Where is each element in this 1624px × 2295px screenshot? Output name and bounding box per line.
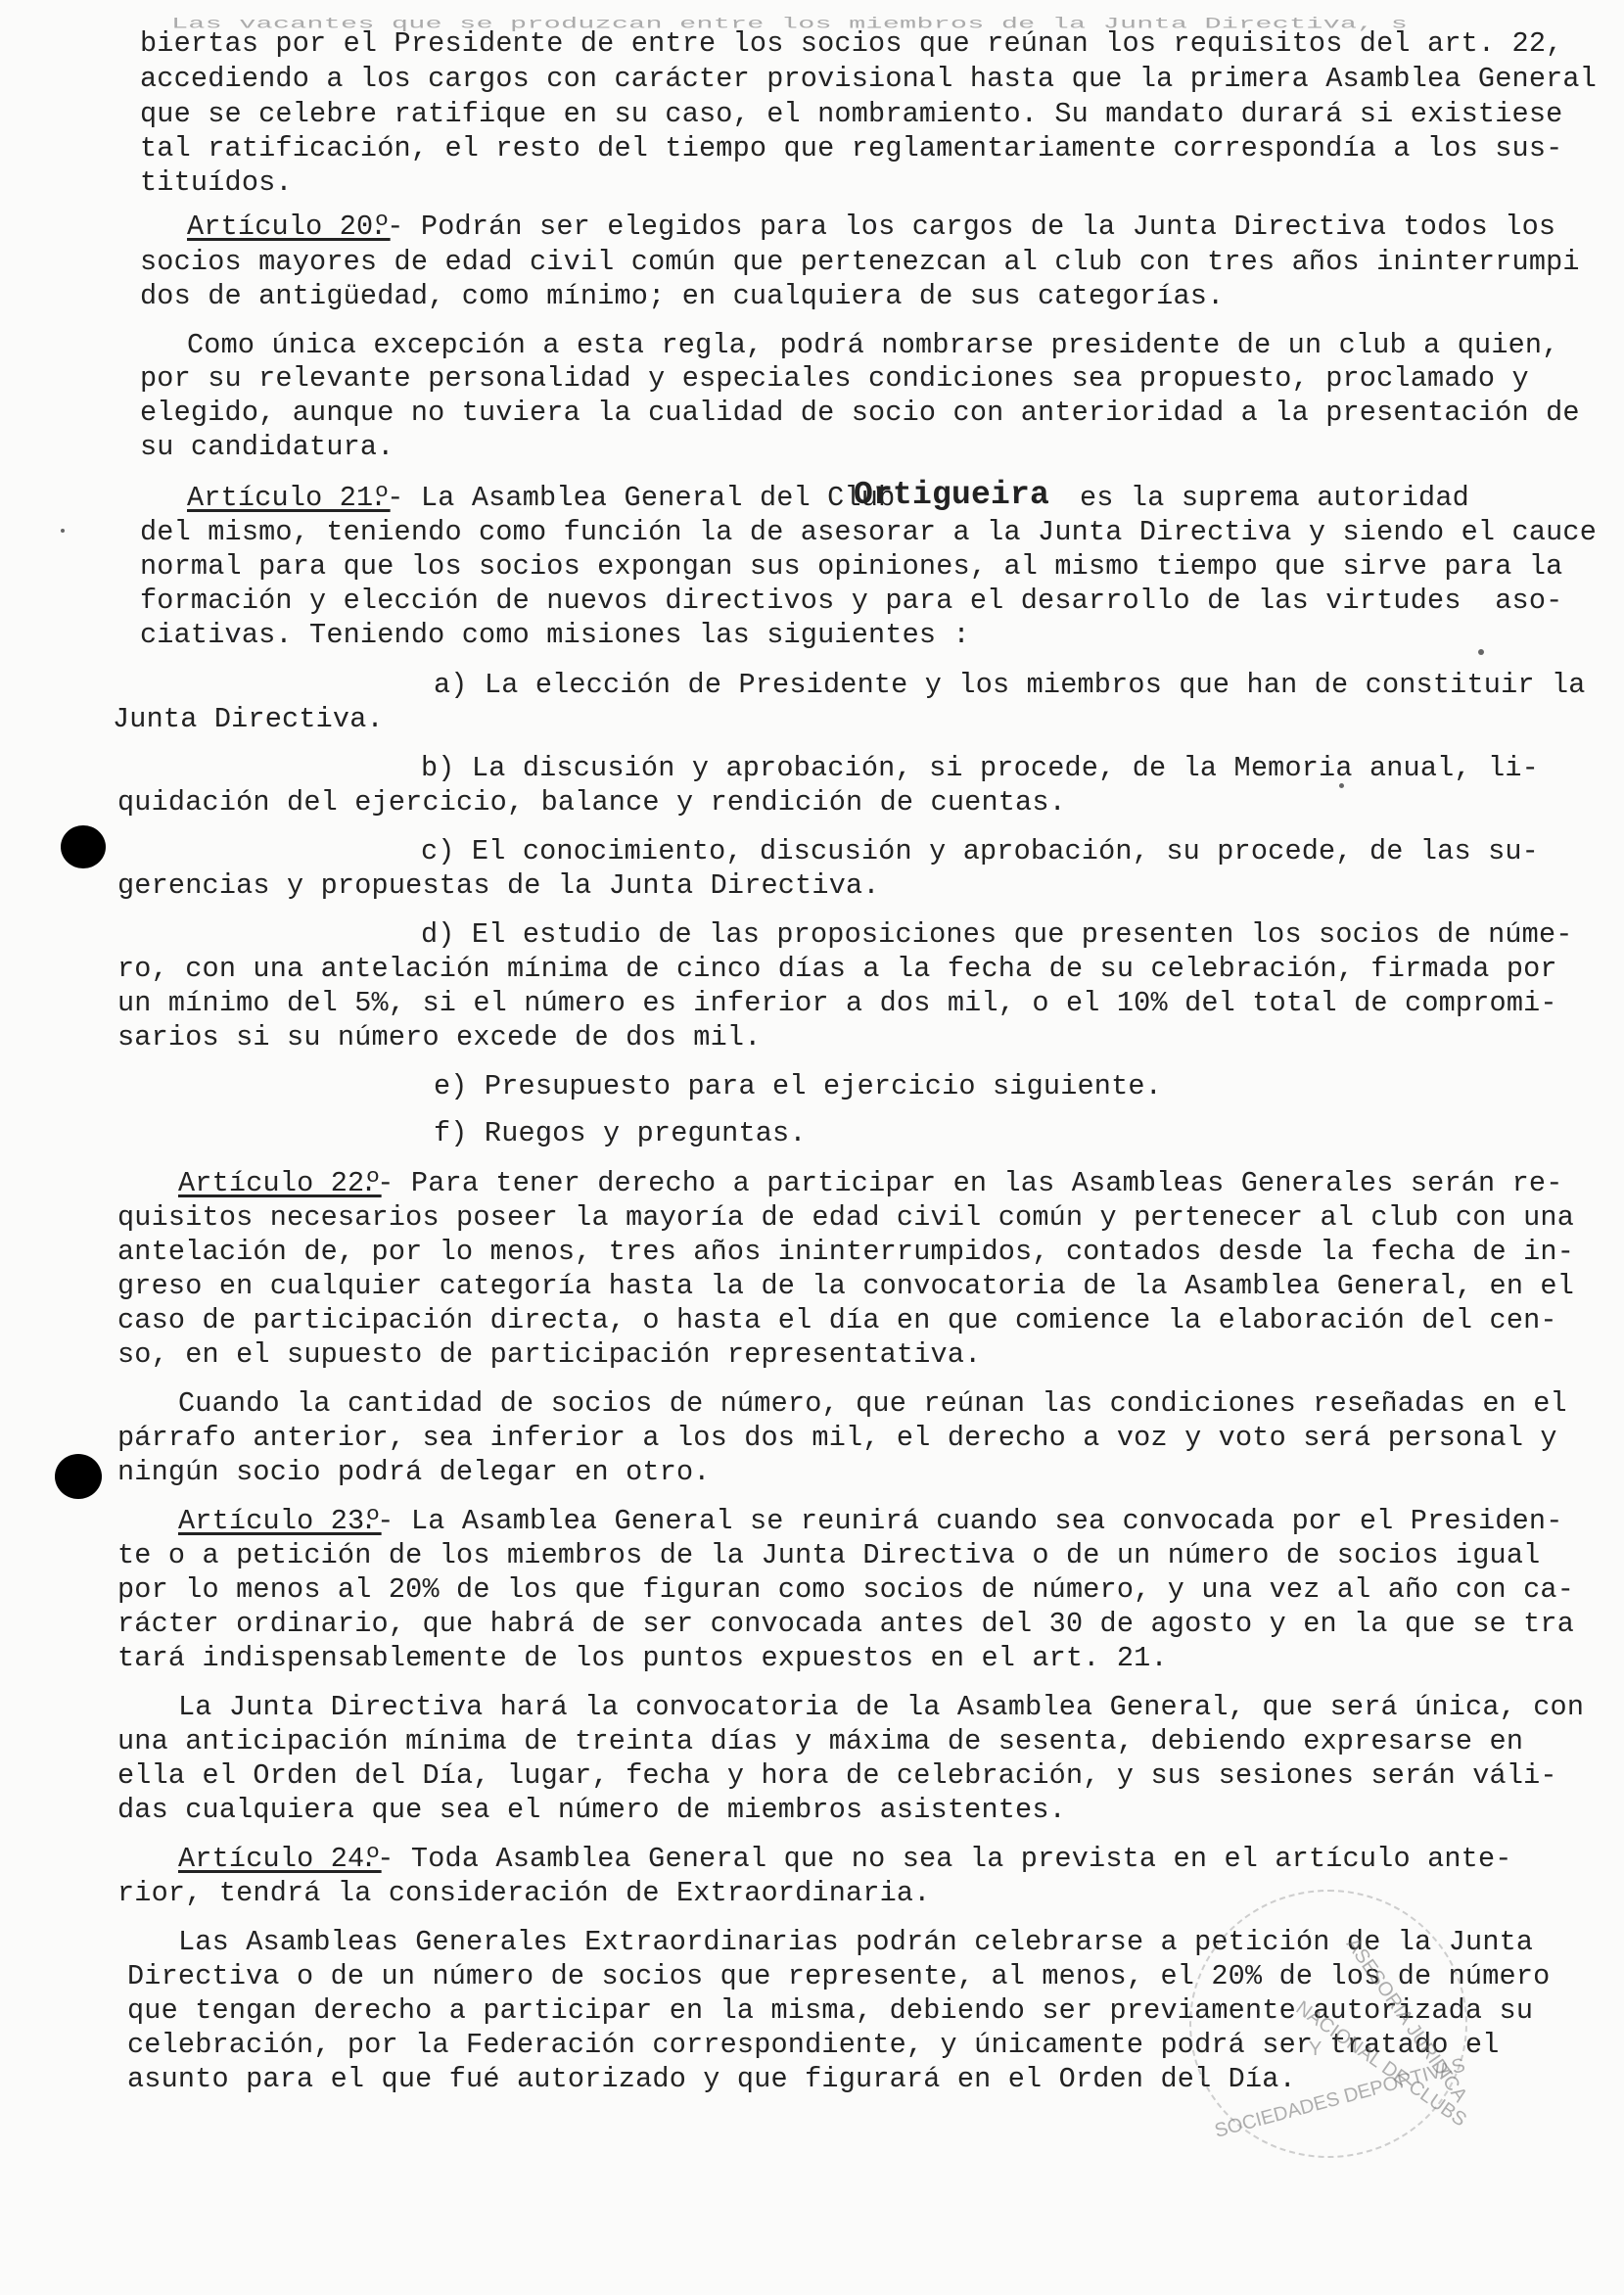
article-heading: Artículo 22º xyxy=(178,1167,382,1200)
mission-item-line: sarios si su número excede de dos mil. xyxy=(117,1021,762,1054)
article-text-line: Cuando la cantidad de socios de número, … xyxy=(178,1387,1567,1421)
article-heading: Artículo 21º xyxy=(187,482,391,515)
article-text-line: .- Para tener derecho a participar en la… xyxy=(360,1167,1563,1200)
mission-item-line: Junta Directiva. xyxy=(113,703,384,736)
article-text-line: te o a petición de los miembros de la Ju… xyxy=(117,1539,1540,1572)
scan-speck xyxy=(61,529,65,533)
mission-item-line: b) La discusión y aprobación, si procede… xyxy=(421,752,1539,785)
article-text-line: es la suprema autoridad xyxy=(1080,482,1469,515)
article-heading: Artículo 23º xyxy=(178,1505,382,1538)
text-line: que se celebre ratifique en su caso, el … xyxy=(140,98,1562,131)
article-text-line: párrafo anterior, sea inferior a los dos… xyxy=(117,1422,1557,1455)
mission-item-line: e) Presupuesto para el ejercicio siguien… xyxy=(434,1070,1162,1103)
punch-hole-bottom xyxy=(55,1454,102,1499)
article-text-line: ella el Orden del Día, lugar, fecha y ho… xyxy=(117,1759,1557,1793)
article-text-line: formación y elección de nuevos directivo… xyxy=(140,585,1562,618)
scan-speck xyxy=(1478,649,1484,655)
article-text-line: rácter ordinario, que habrá de ser convo… xyxy=(117,1608,1574,1641)
article-text-line: .- Toda Asamblea General que no sea la p… xyxy=(360,1843,1512,1876)
mission-item-line: quidación del ejercicio, balance y rendi… xyxy=(117,786,1066,820)
mission-item-line: d) El estudio de las proposiciones que p… xyxy=(421,918,1573,952)
article-text-line: una anticipación mínima de treinta días … xyxy=(117,1725,1523,1758)
article-text-line: antelación de, por lo menos, tres años i… xyxy=(117,1236,1574,1269)
article-text-line: elegido, aunque no tuviera la cualidad d… xyxy=(140,397,1580,430)
article-text-line: por su relevante personalidad y especial… xyxy=(140,362,1529,396)
article-text-line: .- La Asamblea General del Club xyxy=(370,482,912,515)
article-heading: Artículo 24º xyxy=(178,1843,382,1876)
article-text-line: caso de participación directa, o hasta e… xyxy=(117,1304,1557,1337)
article-text-line: su candidatura. xyxy=(140,431,394,464)
article-heading: Artículo 20º xyxy=(187,211,391,244)
mission-item-line: gerencias y propuestas de la Junta Direc… xyxy=(117,869,880,903)
scan-speck xyxy=(1339,783,1344,788)
text-line: biertas por el Presidente de entre los s… xyxy=(140,27,1562,61)
mission-item-line: ro, con una antelación mínima de cinco d… xyxy=(117,953,1557,986)
article-text-line: dos de antigüedad, como mínimo; en cualq… xyxy=(140,280,1224,313)
mission-item-line: un mínimo del 5%, si el número es inferi… xyxy=(117,987,1557,1020)
article-text-line: .- Podrán ser elegidos para los cargos d… xyxy=(370,211,1555,244)
mission-item-line: c) El conocimiento, discusión y aprobaci… xyxy=(421,835,1539,868)
article-text-line: .- La Asamblea General se reunirá cuando… xyxy=(360,1505,1563,1538)
article-text-line: asunto para el que fué autorizado y que … xyxy=(127,2063,1296,2096)
text-line: tal ratificación, el resto del tiempo qu… xyxy=(140,132,1562,165)
article-text-line: so, en el supuesto de participación repr… xyxy=(117,1338,981,1372)
article-text-line: quisitos necesarios poseer la mayoría de… xyxy=(117,1201,1574,1235)
article-text-line: ningún socio podrá delegar en otro. xyxy=(117,1456,711,1489)
article-text-line: La Junta Directiva hará la convocatoria … xyxy=(178,1691,1584,1724)
mission-item-line: a) La elección de Presidente y los miemb… xyxy=(434,669,1586,702)
official-stamp: ASESORIA JURIDICA Y NACIONAL DE CLUBS SO… xyxy=(1189,1890,1467,2158)
article-text-line: Ortigueira xyxy=(854,479,1049,512)
article-text-line: socios mayores de edad civil común que p… xyxy=(140,246,1580,279)
article-text-line: ciativas. Teniendo como misiones las sig… xyxy=(140,619,970,652)
text-line: accediendo a los cargos con carácter pro… xyxy=(140,63,1597,96)
mission-item-line: f) Ruegos y preguntas. xyxy=(434,1117,807,1150)
article-text-line: Como única excepción a esta regla, podrá… xyxy=(187,329,1559,362)
article-text-line: das cualquiera que sea el número de miem… xyxy=(117,1794,1066,1827)
article-text-line: greso en cualquier categoría hasta la de… xyxy=(117,1270,1574,1303)
article-text-line: normal para que los socios expongan sus … xyxy=(140,550,1562,584)
article-text-line: tará indispensablemente de los puntos ex… xyxy=(117,1642,1168,1675)
punch-hole-top xyxy=(61,825,106,868)
text-line: tituídos. xyxy=(140,166,293,200)
article-text-line: del mismo, teniendo como función la de a… xyxy=(140,516,1597,549)
article-text-line: rior, tendrá la consideración de Extraor… xyxy=(117,1877,931,1910)
article-text-line: por lo menos al 20% de los que figuran c… xyxy=(117,1573,1574,1607)
stamp-text-2: Y xyxy=(1309,2038,1322,2061)
